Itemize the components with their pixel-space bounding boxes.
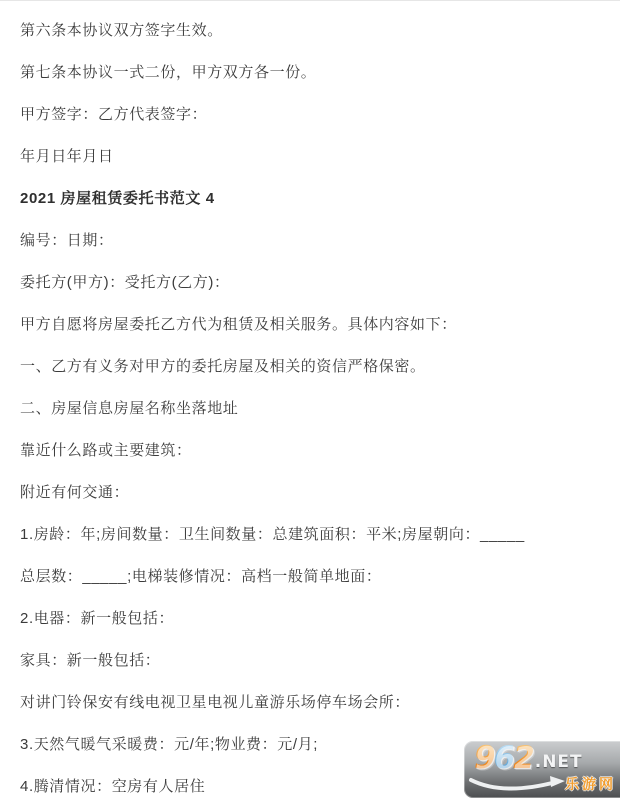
doc-line-3: 甲方签字：乙方代表签字： [20, 106, 600, 124]
doc-line-13: 1.房龄：年;房间数量：卫生间数量：总建筑面积：平米;房屋朝向：_____ [20, 526, 600, 544]
doc-line-4: 年月日年月日 [20, 148, 600, 166]
logo-digit-2: 2 [513, 742, 533, 775]
doc-line-10: 二、房屋信息房屋名称坐落地址 [20, 400, 600, 418]
doc-line-15: 2.电器：新一般包括： [20, 610, 600, 628]
logo-digit-9: 9 [474, 742, 494, 775]
doc-line-14: 总层数：_____;电梯装修情况：高档一般简单地面： [20, 568, 600, 586]
doc-line-7: 委托方(甲方)：受托方(乙方)： [20, 274, 600, 292]
doc-section-title: 2021 房屋租赁委托书范文 4 [20, 190, 600, 208]
doc-line-2: 第七条本协议一式二份，甲方双方各一份。 [20, 64, 600, 82]
doc-line-9: 一、乙方有义务对甲方的委托房屋及相关的资信严格保密。 [20, 358, 600, 376]
doc-line-1: 第六条本协议双方签字生效。 [20, 22, 600, 40]
doc-line-16: 家具：新一般包括： [20, 652, 600, 670]
document-page: 第六条本协议双方签字生效。 第七条本协议一式二份，甲方双方各一份。 甲方签字：乙… [0, 0, 620, 800]
logo-site-name: 乐游网 [565, 774, 616, 794]
site-logo-badge[interactable]: 962 .NET 乐游网 [464, 741, 620, 798]
doc-line-11: 靠近什么路或主要建筑： [20, 442, 600, 460]
logo-digit-6: 6 [494, 742, 514, 775]
site-logo-top: 962 .NET [474, 742, 583, 775]
logo-net-label: .NET [535, 753, 583, 772]
swoosh-arrow-icon [468, 774, 568, 794]
doc-line-6: 编号：日期： [20, 232, 600, 250]
doc-line-8: 甲方自愿将房屋委托乙方代为租赁及相关服务。具体内容如下： [20, 316, 600, 334]
doc-line-12: 附近有何交通： [20, 484, 600, 502]
doc-line-17: 对讲门铃保安有线电视卫星电视儿童游乐场停车场会所： [20, 694, 600, 712]
